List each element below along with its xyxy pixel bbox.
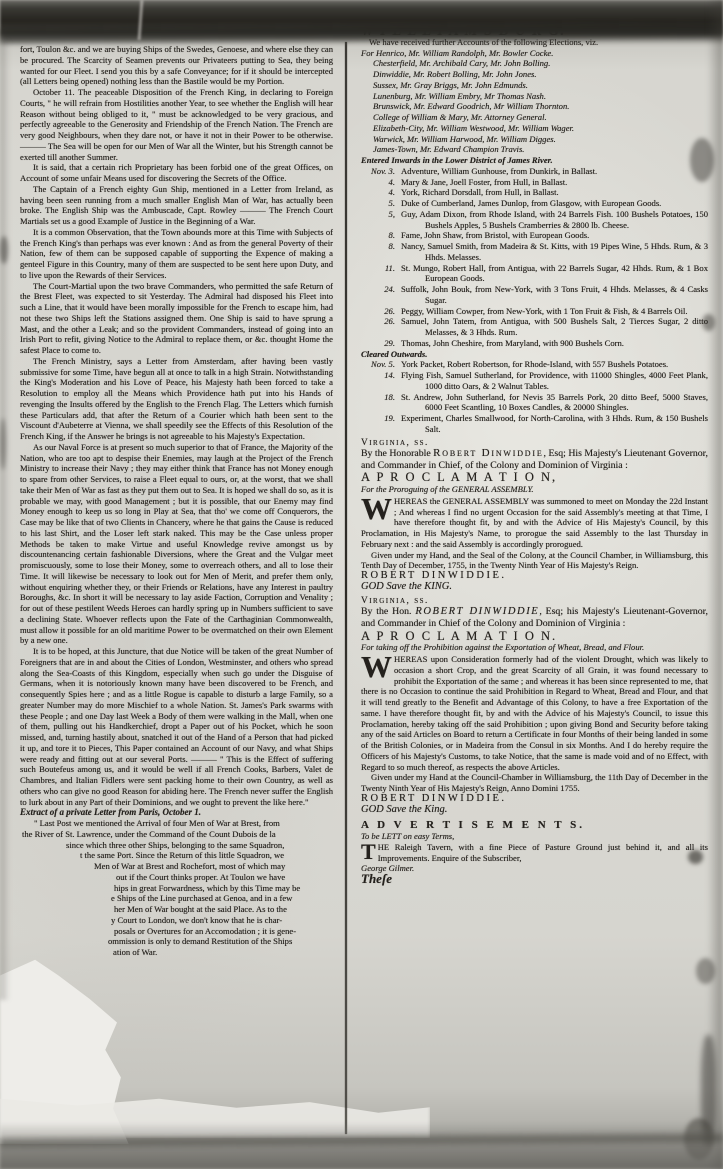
ship-entry-row: Nov. 5. York Packet, Robert Robertson, f… <box>361 359 708 370</box>
letter-line-fragment: out if the Court thinks proper. At Toulo… <box>116 872 333 883</box>
letter-line-fragment: since which three other Ships, belonging… <box>66 840 333 851</box>
entry-date: 24. <box>361 284 401 306</box>
entry-text: Suffolk, John Bouk, from New-York, with … <box>401 284 708 306</box>
entry-date: Nov. 5. <box>361 359 401 370</box>
entry-text: Nancy, Samuel Smith, from Madeira & St. … <box>401 241 708 263</box>
news-paragraph: fort, Toulon &c. and we are buying Ships… <box>20 44 333 87</box>
proclamation1-motto: GOD Save the KING. <box>361 582 708 593</box>
election-result-row: College of William & Mary, Mr. Attorney … <box>361 112 708 123</box>
election-result-row: Brunswick, Mr. Edward Goodrich, Mr Willi… <box>361 101 708 112</box>
letter-line-fragment: y Court to London, we don't know that he… <box>111 915 333 926</box>
news-paragraph: As our Naval Force is at present so much… <box>20 442 333 646</box>
ink-stain <box>690 138 714 182</box>
entry-text: Experiment, Charles Smallwood, for North… <box>401 413 708 435</box>
ink-stain <box>0 236 8 264</box>
letter-extract-body: " Last Post we mentioned the Arrival of … <box>20 818 333 958</box>
letter-line-fragment: Men of War at Brest and Rochefort, most … <box>94 861 333 872</box>
ship-entry-row: 8. Nancy, Samuel Smith, from Madeira & S… <box>361 241 708 263</box>
proclamation1-subtitle: For the Proroguing of the GENERAL ASSEMB… <box>361 484 708 495</box>
entry-text: Fame, John Shaw, from Bristol, with Euro… <box>401 230 708 241</box>
entry-date: 5, <box>361 209 401 231</box>
advertisement-subtitle: To be LETT on easy Terms, <box>361 831 708 842</box>
news-paragraph: The Captain of a French eighty Gun Ship,… <box>20 184 333 227</box>
ship-entry-row: 5. Duke of Cumberland, James Dunlop, fro… <box>361 198 708 209</box>
cleared-outwards-list: Nov. 5. York Packet, Robert Robertson, f… <box>361 359 708 434</box>
ship-entry-row: 5, Guy, Adam Dixon, from Rhode Island, w… <box>361 209 708 231</box>
entry-date: 4. <box>361 187 401 198</box>
by-prefix: By the Honorable <box>361 448 433 459</box>
entry-date: 4. <box>361 177 401 188</box>
election-result-row: For Henrico, Mr. William Randolph, Mr. B… <box>361 48 708 59</box>
jurisdiction-line: Virginia, ſſ. <box>361 596 708 607</box>
ship-entry-row: 8. Fame, John Shaw, from Bristol, with E… <box>361 230 708 241</box>
election-result-row: Chesterfield, Mr. Archibald Cary, Mr. Jo… <box>361 58 708 69</box>
entry-date: 11. <box>361 263 401 285</box>
election-result-row: Dinwiddie, Mr. Robert Bolling, Mr. John … <box>361 69 708 80</box>
ship-entry-row: 29. Thomas, John Cheshire, from Maryland… <box>361 338 708 349</box>
proclamation2-given: Given under my Hand at the Council-Chamb… <box>361 772 708 794</box>
election-results-list: For Henrico, Mr. William Randolph, Mr. B… <box>361 48 708 156</box>
ship-entry-row: 14. Flying Fish, Samuel Sutherland, for … <box>361 370 708 392</box>
entry-date: 5. <box>361 198 401 209</box>
ink-stain <box>0 418 6 470</box>
advertisement-signer: George Gilmer. <box>361 863 708 874</box>
by-prefix: By the Hon. <box>361 606 415 617</box>
proclamation1-given: Given under my Hand, and the Seal of the… <box>361 550 708 572</box>
letter-line-fragment: ommission is only to demand Restitution … <box>108 936 333 947</box>
entry-date: 8. <box>361 230 401 241</box>
letter-line-fragment: hips in great Forwardness, which by this… <box>114 883 333 894</box>
entry-date: 18. <box>361 392 401 414</box>
advertisement-text: HE Raleigh Tavern, with a fine Piece of … <box>378 842 708 863</box>
entry-text: Peggy, William Cowper, from New-York, wi… <box>401 306 708 317</box>
news-paragraph: It is said, that a certain rich Propriet… <box>20 162 333 184</box>
left-column: fort, Toulon &c. and we are buying Ships… <box>20 44 333 958</box>
news-paragraph: It is a common Observation, that the Tow… <box>20 227 333 281</box>
election-result-row: James-Town, Mr. Edward Champion Travis. <box>361 144 708 155</box>
ink-stain <box>696 958 715 984</box>
ship-entry-row: Nov. 3. Adventure, William Gunhouse, fro… <box>361 166 708 177</box>
news-paragraph: It is to be hoped, at this Juncture, tha… <box>20 646 333 807</box>
proclamation1-text: HEREAS the GENERAL ASSEMBLY was summoned… <box>361 496 708 549</box>
entry-text: Mary & Jane, Joell Foster, from Hull, in… <box>401 177 708 188</box>
proclamation2-body: WHEREAS upon Consideration formerly had … <box>361 654 708 772</box>
news-paragraphs: fort, Toulon &c. and we are buying Ships… <box>20 44 333 807</box>
entry-text: Guy, Adam Dixon, from Rhode Island, with… <box>401 209 708 231</box>
catchword: Theſe <box>361 874 708 885</box>
proclamation1-title: A P R O C L A M A T I O N, <box>361 472 708 483</box>
entry-text: Thomas, John Cheshire, from Maryland, wi… <box>401 338 708 349</box>
ink-stain <box>688 850 703 864</box>
ship-entry-row: 26. Samuel, John Tatem, from Antigua, wi… <box>361 316 708 338</box>
entry-date: 14. <box>361 370 401 392</box>
entered-inwards-list: Nov. 3. Adventure, William Gunhouse, fro… <box>361 166 708 349</box>
proclamation2-motto: GOD Save the King. <box>361 805 708 816</box>
entry-text: St. Andrew, John Sutherland, for Nevis 3… <box>401 392 708 414</box>
proclamation2-title: A P R O C L A M A T I O N. <box>361 631 708 642</box>
news-paragraph: October 11. The peaceable Disposition of… <box>20 87 333 162</box>
election-result-row: Sussex, Mr. Gray Briggs, Mr. John Edmund… <box>361 80 708 91</box>
election-result-row: Lunenburg, Mr. William Embry, Mr Thomas … <box>361 91 708 102</box>
newspaper-page: fort, Toulon &c. and we are buying Ships… <box>0 0 723 1169</box>
dropcap-t: T <box>361 842 378 861</box>
entry-text: York, Richard Dorsdall, from Hull, in Ba… <box>401 187 708 198</box>
entry-date: 29. <box>361 338 401 349</box>
letter-line-fragment: ation of War. <box>113 947 333 958</box>
dropcap-w: W <box>361 496 394 521</box>
proclamation2-signature: ROBERT DINWIDDIE. <box>361 794 708 805</box>
entry-text: Duke of Cumberland, James Dunlop, from G… <box>401 198 708 209</box>
letter-line-fragment: t the same Port. Since the Return of thi… <box>80 850 333 861</box>
ship-entry-row: 19. Experiment, Charles Smallwood, for N… <box>361 413 708 435</box>
letter-extract-heading: Extract of a private Letter from Paris, … <box>20 807 333 818</box>
column-divider-rule <box>345 42 347 1134</box>
letter-line-fragment: e Ships of the Line purchased at Genoa, … <box>111 893 333 904</box>
dropcap-w: W <box>361 654 394 679</box>
left-edge-shading <box>0 40 10 1000</box>
news-paragraph: The Court-Martial upon the two brave Com… <box>20 281 333 356</box>
entry-text: Samuel, John Tatem, from Antigua, with 5… <box>401 316 708 338</box>
election-result-row: Elizabeth-City, Mr. William Westwood, Mr… <box>361 123 708 134</box>
ship-entry-row: 24. Suffolk, John Bouk, from New-York, w… <box>361 284 708 306</box>
election-result-row: Warwick, Mr. William Harwood, Mr. Willia… <box>361 134 708 145</box>
governor-name: Robert Dinwiddie <box>433 447 543 459</box>
entry-date: 19. <box>361 413 401 435</box>
proclamation2-by-line: By the Hon. ROBERT DINWIDDIE, Esq; his M… <box>361 606 708 629</box>
ship-entry-row: 4. York, Richard Dorsdall, from Hull, in… <box>361 187 708 198</box>
ship-entry-row: 4. Mary & Jane, Joell Foster, from Hull,… <box>361 177 708 188</box>
governor-name: ROBERT DINWIDDIE <box>415 606 539 617</box>
ship-entry-row: 11. St. Mungo, Robert Hall, from Antigua… <box>361 263 708 285</box>
entry-text: Adventure, William Gunhouse, from Dunkir… <box>401 166 708 177</box>
ship-entry-row: 26. Peggy, William Cowper, from New-York… <box>361 306 708 317</box>
news-paragraph: The French Ministry, says a Letter from … <box>20 356 333 442</box>
right-column: W I L L L I A M S B U R G. We have recei… <box>361 26 708 885</box>
entry-date: 26. <box>361 306 401 317</box>
advertisements-heading: A D V E R T I S E M E N T S. <box>361 820 708 831</box>
entry-date: Nov. 3. <box>361 166 401 177</box>
ship-entry-row: 18. St. Andrew, John Sutherland, for Nev… <box>361 392 708 414</box>
cleared-outwards-heading: Cleared Outwards. <box>361 349 708 360</box>
entry-text: St. Mungo, Robert Hall, from Antigua, wi… <box>401 263 708 285</box>
letter-line-fragment: posals or Overtures for an Accomodation … <box>114 926 333 937</box>
entry-date: 26. <box>361 316 401 338</box>
advertisement-body: THE Raleigh Tavern, with a fine Piece of… <box>361 842 708 864</box>
proclamation2-text: HEREAS upon Consideration formerly had o… <box>361 654 708 772</box>
letter-line-fragment: her Men of War bought at the said Place.… <box>114 904 333 915</box>
entered-inwards-heading: Entered Inwards in the Lower District of… <box>361 155 708 166</box>
entry-text: Flying Fish, Samuel Sutherland, for Prov… <box>401 370 708 392</box>
proclamation2-subtitle: For taking off the Prohibition against t… <box>361 642 708 653</box>
entry-date: 8. <box>361 241 401 263</box>
letter-line-fragment: " Last Post we mentioned the Arrival of … <box>34 818 333 829</box>
ink-stain <box>702 314 715 331</box>
proclamation1-body: WHEREAS the GENERAL ASSEMBLY was summone… <box>361 496 708 550</box>
letter-line-fragment: the River of St. Lawrence, under the Com… <box>22 829 333 840</box>
entry-text: York Packet, Robert Robertson, for Rhode… <box>401 359 708 370</box>
proclamation1-by-line: By the Honorable Robert Dinwiddie, Esq; … <box>361 448 708 471</box>
